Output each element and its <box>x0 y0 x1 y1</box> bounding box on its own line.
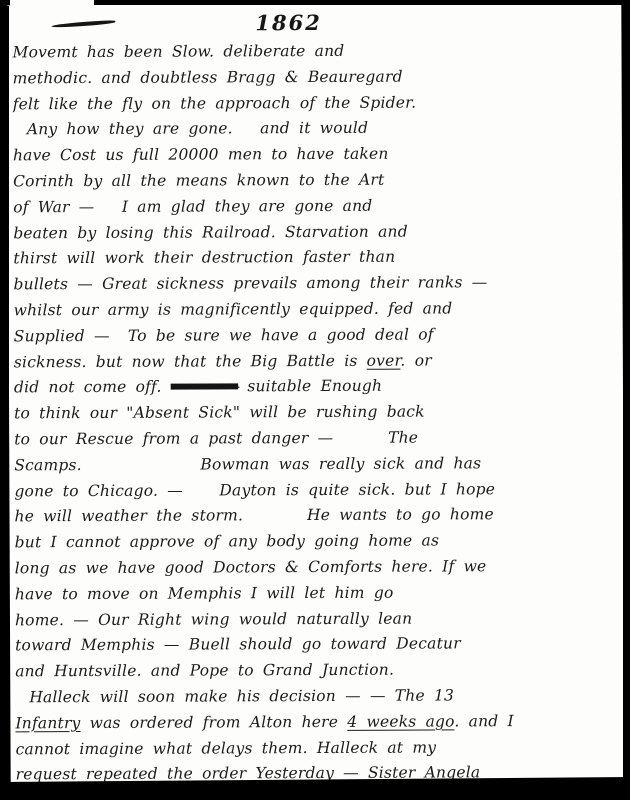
scan-border-top <box>96 0 630 5</box>
handwriting-line: did not come off. ————— suitable Enough <box>14 373 615 401</box>
handwriting-text: bullets — Great sickness prevails among … <box>13 273 487 293</box>
scan-border-left <box>0 6 9 800</box>
handwriting-text: Supplied — To be sure we have a good dea… <box>14 325 434 345</box>
handwriting-line: long as we have good Doctors & Comforts … <box>15 554 616 582</box>
handwriting-line: have Cost us full 20000 men to have take… <box>13 141 614 169</box>
handwriting-text: to think our "Absent Sick" will be rushi… <box>14 403 425 423</box>
scan-border-gap <box>10 0 94 6</box>
handwriting-text: suitable Enough <box>238 377 382 396</box>
handwriting-text: Any how they are gone. and it would <box>27 119 368 138</box>
handwriting-text: of War — I am glad they are gone and <box>13 197 372 217</box>
scan-border-right <box>623 0 630 800</box>
handwriting-line: Halleck will soon make his decision — — … <box>15 683 616 711</box>
handwriting-line: have to move on Memphis I will let him g… <box>15 579 616 607</box>
underlined-text: 4 weeks ago <box>347 712 454 730</box>
scanned-letter-page: 1862 Movemt has been Slow. deliberate an… <box>0 0 630 800</box>
handwriting-text: he will weather the storm. He wants to g… <box>14 506 493 526</box>
handwriting-line: beaten by losing this Railroad. Starvati… <box>13 218 614 246</box>
handwriting-line: but I cannot approve of any body going h… <box>15 528 616 556</box>
underlined-text: over <box>367 351 401 369</box>
handwriting-text: Halleck will soon make his decision — — … <box>29 686 454 706</box>
handwriting-line: felt like the fly on the approach of the… <box>13 89 614 117</box>
year-heading: 1862 <box>255 10 375 36</box>
handwriting-text: and Huntsville. and Pope to Grand Juncti… <box>15 661 394 681</box>
handwriting-text: have Cost us full 20000 men to have take… <box>13 145 389 165</box>
handwriting-text: cannot imagine what delays them. Halleck… <box>16 738 437 758</box>
manuscript-lines: Movemt has been Slow. deliberate andmeth… <box>7 36 624 788</box>
handwriting-line: toward Memphis — Buell should go toward … <box>15 631 616 659</box>
handwriting-text: . or <box>400 351 431 369</box>
handwriting-text: Scamps. Bowman was really sick and has <box>14 454 481 474</box>
handwriting-line: home. — Our Right wing would naturally l… <box>15 605 616 633</box>
handwriting-text: . and I <box>454 712 514 730</box>
underlined-text: Infantry <box>15 714 80 732</box>
handwriting-text: whilst our army is magnificently equippe… <box>14 299 453 319</box>
handwriting-line: he will weather the storm. He wants to g… <box>14 502 615 530</box>
handwriting-line: Any how they are gone. and it would <box>13 115 614 143</box>
handwriting-text: long as we have good Doctors & Comforts … <box>15 557 487 577</box>
handwriting-text: beaten by losing this Railroad. Starvati… <box>13 222 408 242</box>
handwriting-line: Infantry was ordered from Alton here 4 w… <box>15 708 616 736</box>
handwriting-line: of War — I am glad they are gone and <box>13 192 614 220</box>
handwriting-line: Scamps. Bowman was really sick and has <box>14 450 615 478</box>
paper-sheet: 1862 Movemt has been Slow. deliberate an… <box>7 3 624 788</box>
handwriting-text: gone to Chicago. — Dayton is quite sick.… <box>14 480 495 500</box>
handwriting-text: was ordered from Alton here <box>80 713 347 732</box>
handwriting-text: Corinth by all the means known to the Ar… <box>13 171 384 191</box>
handwriting-text: felt like the fly on the approach of the… <box>13 93 417 113</box>
handwriting-line: bullets — Great sickness prevails among … <box>13 270 614 298</box>
handwriting-line: methodic. and doubtless Bragg & Beaurega… <box>13 63 614 91</box>
handwriting-text: have to move on Memphis I will let him g… <box>15 583 394 603</box>
handwriting-text: to our Rescue from a past danger — The <box>14 429 418 449</box>
handwriting-line: to think our "Absent Sick" will be rushi… <box>14 399 615 427</box>
handwriting-text: thirst will work their destruction faste… <box>13 248 395 268</box>
handwriting-text: methodic. and doubtless Bragg & Beaurega… <box>13 67 403 87</box>
handwriting-text: did not come off. <box>14 378 171 397</box>
handwriting-text: home. — Our Right wing would naturally l… <box>15 609 412 629</box>
handwriting-line: Movemt has been Slow. deliberate and <box>12 38 613 66</box>
handwriting-text: toward Memphis — Buell should go toward … <box>15 635 461 655</box>
handwriting-line: thirst will work their destruction faste… <box>13 244 614 272</box>
handwriting-line: and Huntsville. and Pope to Grand Juncti… <box>15 657 616 685</box>
handwriting-line: whilst our army is magnificently equippe… <box>14 296 615 324</box>
handwriting-line: Corinth by all the means known to the Ar… <box>13 167 614 195</box>
handwriting-text: sickness. but now that the Big Battle is <box>14 351 367 371</box>
handwriting-text: Movemt has been Slow. deliberate and <box>12 42 344 61</box>
handwriting-text: but I cannot approve of any body going h… <box>15 532 440 552</box>
handwriting-line: Supplied — To be sure we have a good dea… <box>14 321 615 349</box>
year-underline-flourish <box>51 20 115 29</box>
handwriting-line: cannot imagine what delays them. Halleck… <box>15 734 616 762</box>
handwriting-line: sickness. but now that the Big Battle is… <box>14 347 615 375</box>
handwriting-line: to our Rescue from a past danger — The <box>14 425 615 453</box>
struck-out-text: ————— <box>171 378 239 396</box>
handwriting-line: gone to Chicago. — Dayton is quite sick.… <box>14 476 615 504</box>
